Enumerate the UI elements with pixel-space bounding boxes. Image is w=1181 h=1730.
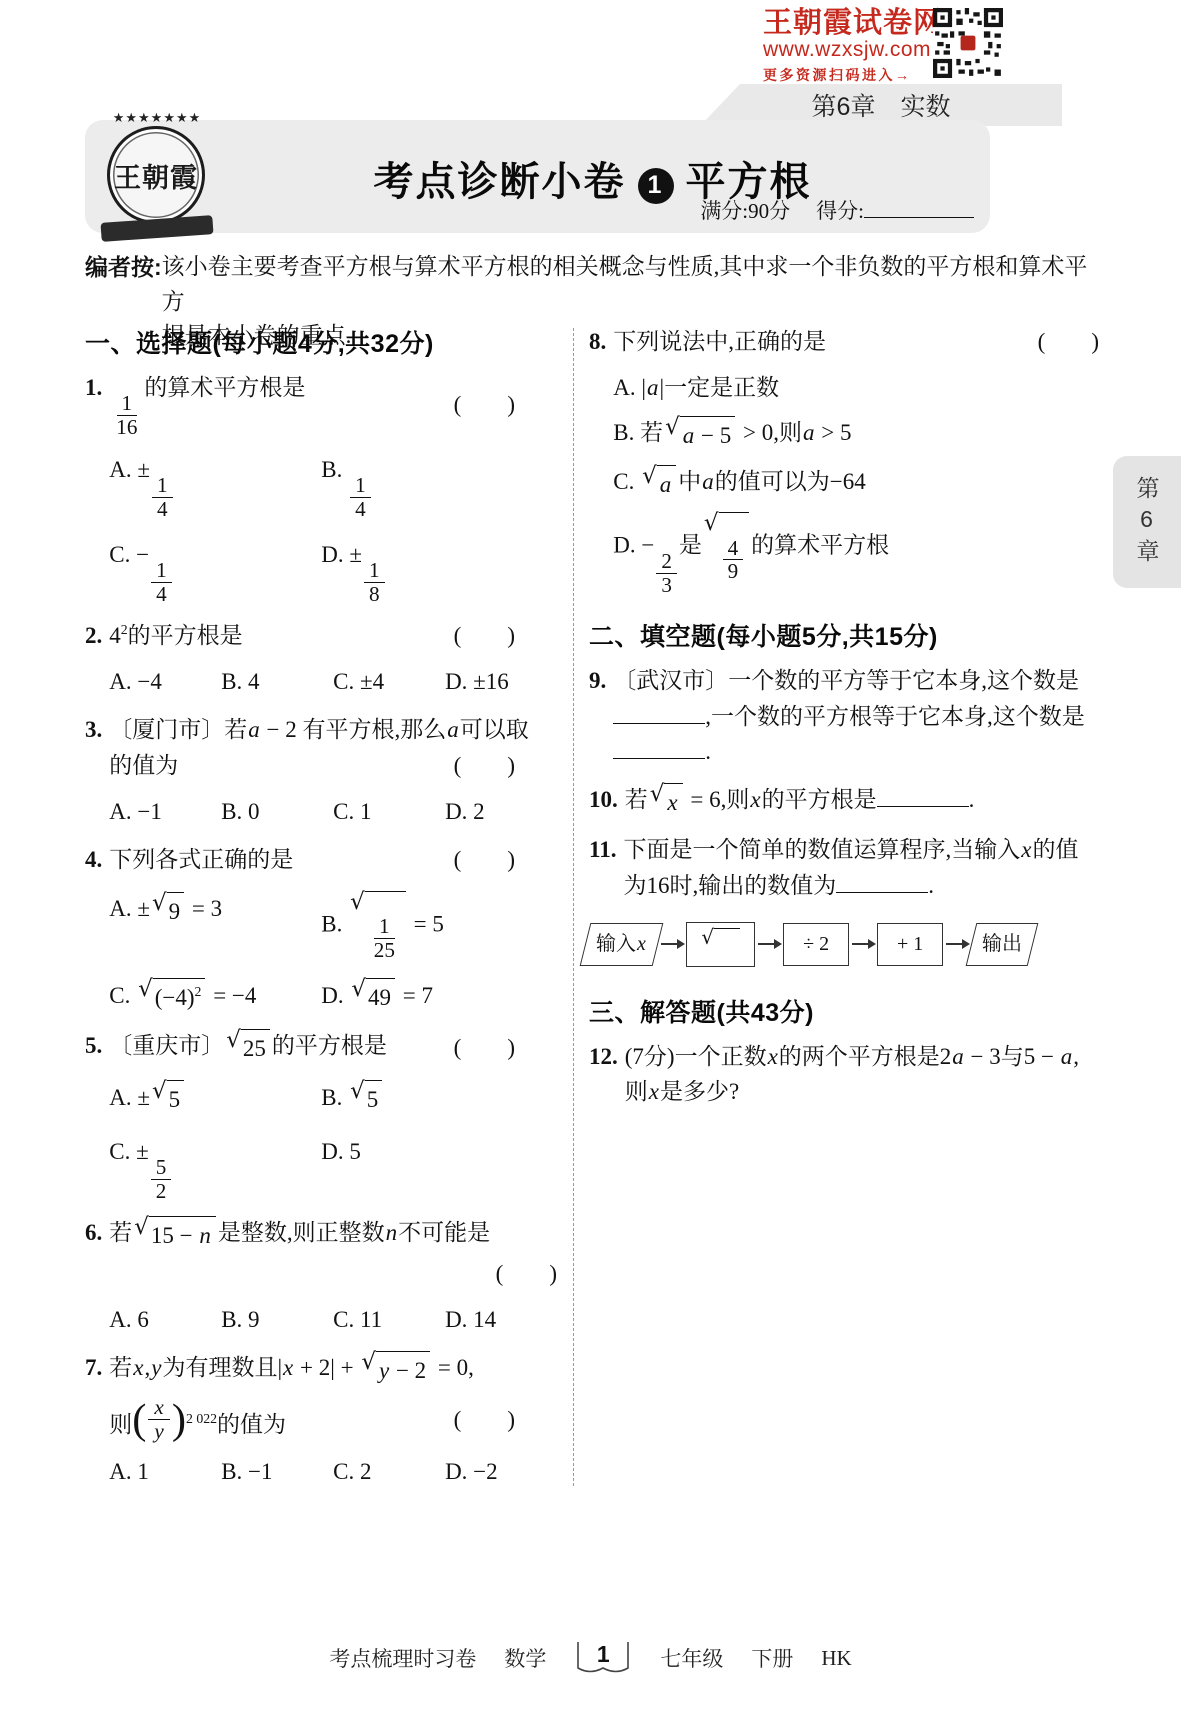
radical-sign: √ <box>701 927 714 948</box>
score-line: 满分:90分得分: <box>700 195 974 225</box>
qr-hint-text: 更多资源扫码进入→ <box>763 65 925 85</box>
answer-bracket: ( ) <box>454 1402 515 1438</box>
question-stem-line2: 的值为 <box>109 748 178 784</box>
question-stem: 若x,y为有理数且|x + 2| + √y − 2 = 0, <box>109 1350 557 1389</box>
option-c: C. √(−4)2 = −4 <box>109 978 321 1017</box>
section-heading-solve: 三、解答题(共43分) <box>589 993 1099 1029</box>
question-6: 6. 若√15 − n是整数,则正整数n不可能是 ( ) A. 6 B. 9 C… <box>85 1215 557 1338</box>
option-b: B. 4 <box>221 664 333 700</box>
answer-bracket: ( ) <box>454 842 515 878</box>
option-b: B. 14 <box>321 452 557 521</box>
question-number: 4. <box>85 842 109 1016</box>
answer-bracket: ( ) <box>454 618 515 654</box>
radical-sign: √ <box>134 1215 149 1239</box>
publisher-stamp: ★★★★★★★ 王朝霞 <box>97 112 217 238</box>
option-a: A. −1 <box>109 794 221 830</box>
answer-bracket: ( ) <box>454 748 515 784</box>
option-a: A. ±14 <box>109 452 321 521</box>
question-9: 9. 〔武汉市〕一个数的平方等于它本身,这个数是,一个数的平方根等于它本身,这个… <box>589 663 1099 770</box>
qr-code-icon <box>933 8 1003 78</box>
option-c: C. 11 <box>333 1302 445 1338</box>
footer-subject: 数学 <box>504 1643 546 1673</box>
full-score-label: 满分:90分 <box>700 199 790 223</box>
column-right: 8. 下列说法中,正确的是 ( ) A. |a|一定是正数 B. 若√a − 5… <box>589 324 1099 1502</box>
option-b: B. 9 <box>221 1302 333 1338</box>
question-number: 12. <box>589 1039 625 1110</box>
option-c: C. √a中a的值可以为−64 <box>613 464 1099 503</box>
option-d: D. 14 <box>445 1302 557 1338</box>
radical-sign: √ <box>350 1079 365 1103</box>
stamp-circle: 王朝霞 <box>107 126 205 224</box>
page-number: 1 <box>574 1641 632 1668</box>
question-number: 6. <box>85 1215 109 1338</box>
option-a: A. ±√5 <box>109 1080 321 1119</box>
editor-note-line1: 该小卷主要考查平方根与算术平方根的相关概念与性质,其中求一个非负数的平方根和算术… <box>162 250 1099 319</box>
flow-plus1-node: + 1 <box>877 923 943 966</box>
question-4: 4. 下列各式正确的是 ( ) A. ±√9 = 3 B. √125 = 5 C… <box>85 842 557 1016</box>
footer-grade: 七年级 <box>660 1643 723 1673</box>
question-stem: 若√x = 6,则x的平方根是. <box>625 782 1099 821</box>
radical-sign: √ <box>152 1079 167 1103</box>
question-stem-line2: 则(xy)2 022的值为 <box>109 1396 286 1443</box>
flow-divide2-node: ÷ 2 <box>783 923 849 966</box>
title-number-badge: 1 <box>638 168 674 204</box>
radical-sign: √ <box>350 890 365 914</box>
option-c: C. 2 <box>333 1454 445 1490</box>
flow-sqrt-node: √ <box>686 922 755 967</box>
question-12: 12. (7分)一个正数x的两个平方根是2a − 3与5 − a,则x是多少? <box>589 1039 1099 1110</box>
brand-site-name: 王朝霞试卷网 <box>763 8 925 38</box>
answer-blank <box>836 870 928 893</box>
question-stem: 下列说法中,正确的是 <box>613 324 826 360</box>
radical-sign: √ <box>704 511 719 535</box>
question-number: 8. <box>589 324 613 597</box>
option-d: D. −23是√49的算术平方根 <box>613 512 1099 597</box>
radical-sign: √ <box>650 782 665 806</box>
flow-input-node: 输入x <box>580 923 664 966</box>
score-blank <box>864 197 974 218</box>
option-c: C. −14 <box>109 537 321 606</box>
stamp-stars-icon: ★★★★★★★ <box>97 110 217 126</box>
stamp-ribbon <box>100 215 213 242</box>
answer-blank <box>613 736 705 759</box>
answer-bracket: ( ) <box>496 1261 557 1286</box>
option-d: D. ±18 <box>321 537 557 606</box>
radical-sign: √ <box>361 1350 376 1374</box>
flow-arrow-icon <box>661 943 683 945</box>
question-number: 5. <box>85 1028 109 1203</box>
answer-bracket: ( ) <box>454 1030 515 1066</box>
option-a: A. 1 <box>109 1454 221 1490</box>
radical-sign: √ <box>138 977 153 1001</box>
question-1: 1. 116的算术平方根是 ( ) A. ±14 B. 14 C. −14 D.… <box>85 370 557 606</box>
column-left: 一、选择题(每小题4分,共32分) 1. 116的算术平方根是 ( ) A. ±… <box>85 324 557 1502</box>
answer-blank <box>877 784 969 807</box>
option-a: A. |a|一定是正数 <box>613 370 1099 406</box>
side-chapter-tab-label: 第6章 <box>1131 476 1164 569</box>
radical-sign: √ <box>642 464 657 488</box>
question-stem: (7分)一个正数x的两个平方根是2a − 3与5 − a,则x是多少? <box>625 1039 1099 1110</box>
option-c: C. 1 <box>333 794 445 830</box>
question-3: 3. 〔厦门市〕若a − 2 有平方根,那么a可以取 的值为 ( ) A. −1… <box>85 712 557 830</box>
question-number: 9. <box>589 663 613 770</box>
page-number-book-icon: 1 <box>574 1640 632 1676</box>
radical-sign: √ <box>152 891 167 915</box>
option-b: B. 0 <box>221 794 333 830</box>
question-5: 5. 〔重庆市〕√25的平方根是 ( ) A. ±√5 B. √5 C. ±52… <box>85 1028 557 1203</box>
page-footer: 考点梳理时习卷 数学 1 七年级 下册 HK <box>0 1640 1181 1676</box>
option-d: D. 5 <box>321 1134 557 1203</box>
option-a: A. ±√9 = 3 <box>109 891 321 962</box>
option-a: A. −4 <box>109 664 221 700</box>
side-chapter-tab: 第6章 <box>1113 456 1181 588</box>
option-c: C. ±52 <box>109 1134 321 1203</box>
flow-arrow-icon <box>758 943 780 945</box>
question-7: 7. 若x,y为有理数且|x + 2| + √y − 2 = 0, 则(xy)2… <box>85 1350 557 1490</box>
question-number: 10. <box>589 782 625 821</box>
question-stem: 42的平方根是 <box>109 618 242 654</box>
answer-blank <box>613 701 705 724</box>
radical-sign: √ <box>226 1028 241 1052</box>
question-stem: 116的算术平方根是 <box>109 370 305 439</box>
question-number: 2. <box>85 618 109 700</box>
option-d: D. −2 <box>445 1454 557 1490</box>
footer-volume: 下册 <box>751 1643 793 1673</box>
content-columns: 一、选择题(每小题4分,共32分) 1. 116的算术平方根是 ( ) A. ±… <box>85 324 1099 1502</box>
flow-output-node: 输出 <box>966 923 1039 966</box>
question-10: 10. 若√x = 6,则x的平方根是. <box>589 782 1099 821</box>
footer-series: 考点梳理时习卷 <box>329 1643 476 1673</box>
option-b: B. √5 <box>321 1080 557 1119</box>
option-b: B. √125 = 5 <box>321 891 557 962</box>
column-divider <box>573 328 574 1486</box>
section-heading-fill: 二、填空题(每小题5分,共15分) <box>589 617 1099 653</box>
option-d: D. √49 = 7 <box>321 978 557 1017</box>
question-11: 11. 下面是一个简单的数值运算程序,当输入x的值为16时,输出的数值为. 输入… <box>589 832 1099 972</box>
section-heading-choice: 一、选择题(每小题4分,共32分) <box>85 324 557 360</box>
flow-arrow-icon <box>852 943 874 945</box>
exam-header: ★★★★★★★ 王朝霞 考点诊断小卷1平方根 满分:90分得分: <box>85 120 990 233</box>
footer-edition: HK <box>821 1646 851 1671</box>
question-stem: 〔武汉市〕一个数的平方等于它本身,这个数是,一个数的平方根等于它本身,这个数是. <box>613 663 1099 770</box>
question-stem: 下列各式正确的是 <box>109 842 293 878</box>
stamp-logo-name: 王朝霞 <box>114 156 198 195</box>
brand-block: 王朝霞试卷网 www.wzxsjw.com 更多资源扫码进入→ <box>763 8 1003 85</box>
option-d: D. ±16 <box>445 664 557 700</box>
flowchart: 输入x √ ÷ 2 + 1 输出 <box>585 922 1099 967</box>
score-label: 得分: <box>816 199 864 223</box>
question-8: 8. 下列说法中,正确的是 ( ) A. |a|一定是正数 B. 若√a − 5… <box>589 324 1099 597</box>
answer-bracket: ( ) <box>1038 324 1099 360</box>
option-b: B. −1 <box>221 1454 333 1490</box>
option-b: B. 若√a − 5 > 0,则a > 5 <box>613 415 1099 454</box>
question-2: 2. 42的平方根是 ( ) A. −4 B. 4 C. ±4 D. ±16 <box>85 618 557 700</box>
option-c: C. ±4 <box>333 664 445 700</box>
option-d: D. 2 <box>445 794 557 830</box>
question-stem: 若√15 − n是整数,则正整数n不可能是 <box>109 1215 557 1254</box>
question-number: 3. <box>85 712 109 830</box>
question-stem: 〔厦门市〕若a − 2 有平方根,那么a可以取 <box>109 712 557 748</box>
radical-sign: √ <box>351 977 366 1001</box>
question-stem: 〔重庆市〕√25的平方根是 <box>109 1028 387 1067</box>
question-number: 1. <box>85 370 109 606</box>
brand-text: 王朝霞试卷网 www.wzxsjw.com 更多资源扫码进入→ <box>763 8 925 85</box>
option-a: A. 6 <box>109 1302 221 1338</box>
answer-bracket: ( ) <box>454 387 515 423</box>
radical-sign: √ <box>665 415 680 439</box>
exam-title-prefix: 考点诊断小卷 <box>374 160 626 204</box>
question-stem: 下面是一个简单的数值运算程序,当输入x的值为16时,输出的数值为. <box>623 832 1099 903</box>
question-number: 7. <box>85 1350 109 1490</box>
flow-arrow-icon <box>946 943 968 945</box>
brand-site-url: www.wzxsjw.com <box>763 38 925 62</box>
